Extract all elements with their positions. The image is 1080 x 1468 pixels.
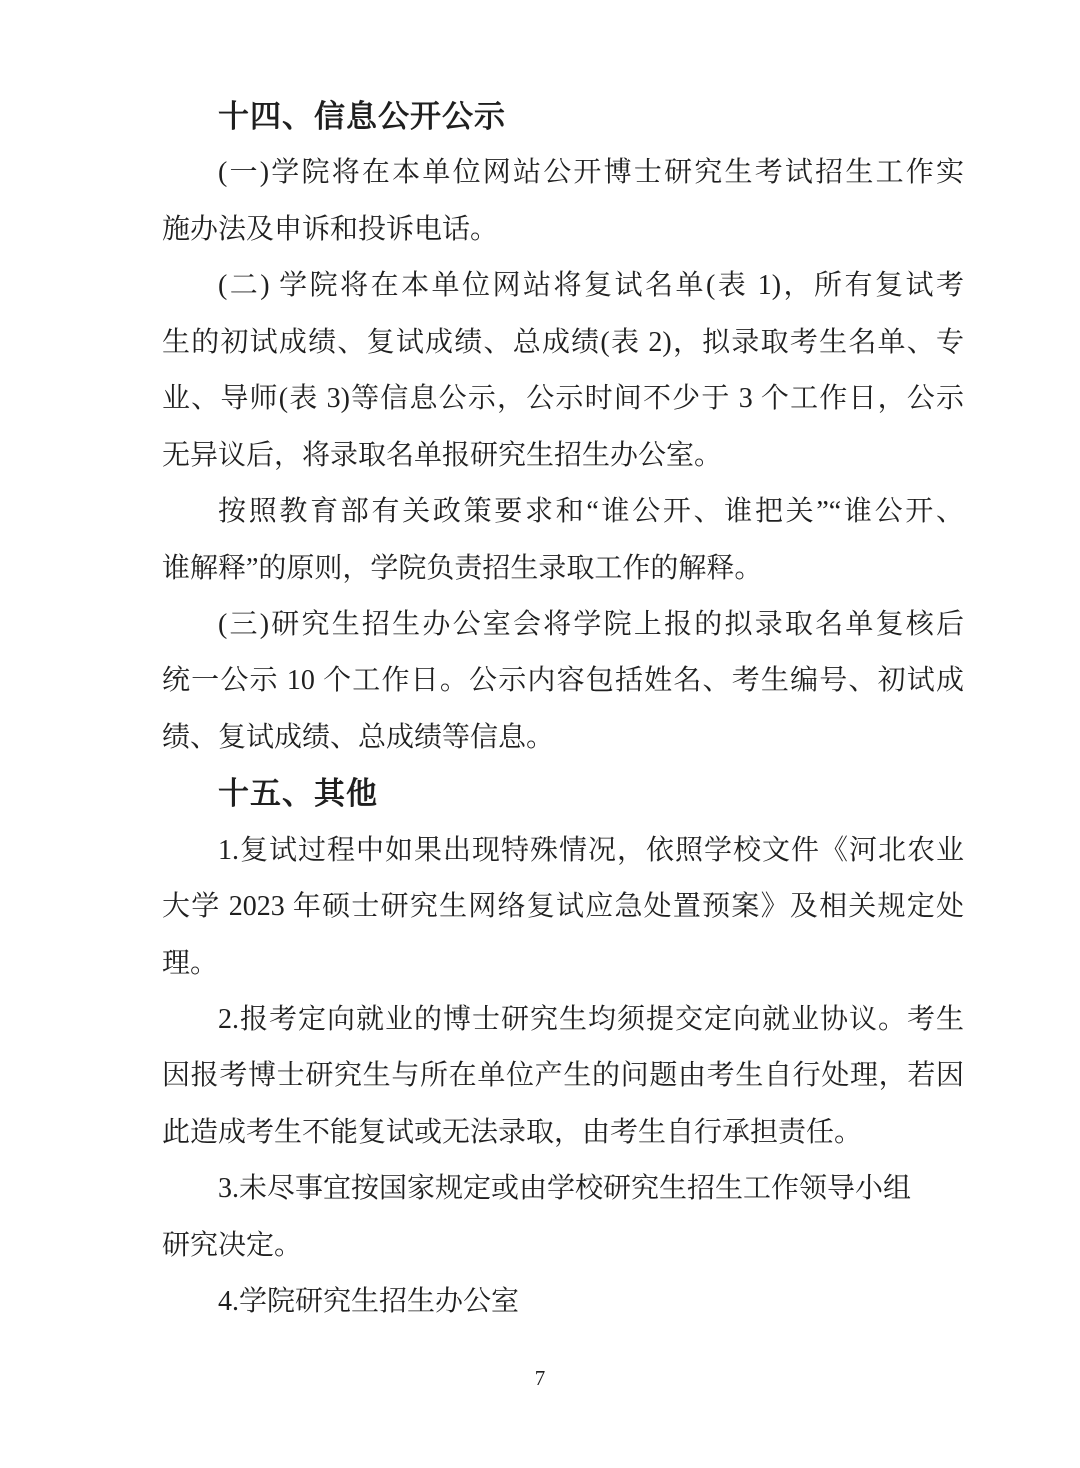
text-line: 研究决定。 — [162, 1218, 964, 1274]
document-page: 十四、信息公开公示 (一)学院将在本单位网站公开博士研究生考试招生工作实 施办法… — [0, 0, 1080, 1468]
text-line: 此造成考生不能复试或无法录取，由考生自行承担责任。 — [162, 1105, 964, 1161]
text-line: 理。 — [162, 936, 964, 992]
section-heading-15: 十五、其他 — [162, 766, 964, 822]
text-line: 2.报考定向就业的博士研究生均须提交定向就业协议。考生 — [162, 992, 964, 1048]
text-line: 绩、复试成绩、总成绩等信息。 — [162, 710, 964, 766]
text-line: 1.复试过程中如果出现特殊情况，依照学校文件《河北农业 — [162, 823, 964, 879]
text-line: 因报考博士研究生与所在单位产生的问题由考生自行处理，若因 — [162, 1048, 964, 1104]
text-line: 大学 2023 年硕士研究生网络复试应急处置预案》及相关规定处 — [162, 879, 964, 935]
text-line: 3.未尽事宜按国家规定或由学校研究生招生工作领导小组 — [162, 1161, 964, 1217]
text-line: 无异议后，将录取名单报研究生招生办公室。 — [162, 428, 964, 484]
page-number: 7 — [0, 1366, 1080, 1391]
text-line: (二) 学院将在本单位网站将复试名单(表 1)，所有复试考 — [162, 258, 964, 314]
text-line: 4.学院研究生招生办公室 — [162, 1274, 964, 1330]
text-line: 统一公示 10 个工作日。公示内容包括姓名、考生编号、初试成 — [162, 653, 964, 709]
document-body: 十四、信息公开公示 (一)学院将在本单位网站公开博士研究生考试招生工作实 施办法… — [162, 89, 964, 1331]
text-line: 施办法及申诉和投诉电话。 — [162, 202, 964, 258]
section-heading-14: 十四、信息公开公示 — [162, 89, 964, 145]
text-line: 谁解释”的原则，学院负责招生录取工作的解释。 — [162, 541, 964, 597]
text-line: 按照教育部有关政策要求和“谁公开、谁把关”“谁公开、 — [162, 484, 964, 540]
text-line: (一)学院将在本单位网站公开博士研究生考试招生工作实 — [162, 145, 964, 201]
text-line: (三)研究生招生办公室会将学院上报的拟录取名单复核后 — [162, 597, 964, 653]
text-line: 业、导师(表 3)等信息公示，公示时间不少于 3 个工作日，公示 — [162, 371, 964, 427]
text-line: 生的初试成绩、复试成绩、总成绩(表 2)，拟录取考生名单、专 — [162, 315, 964, 371]
